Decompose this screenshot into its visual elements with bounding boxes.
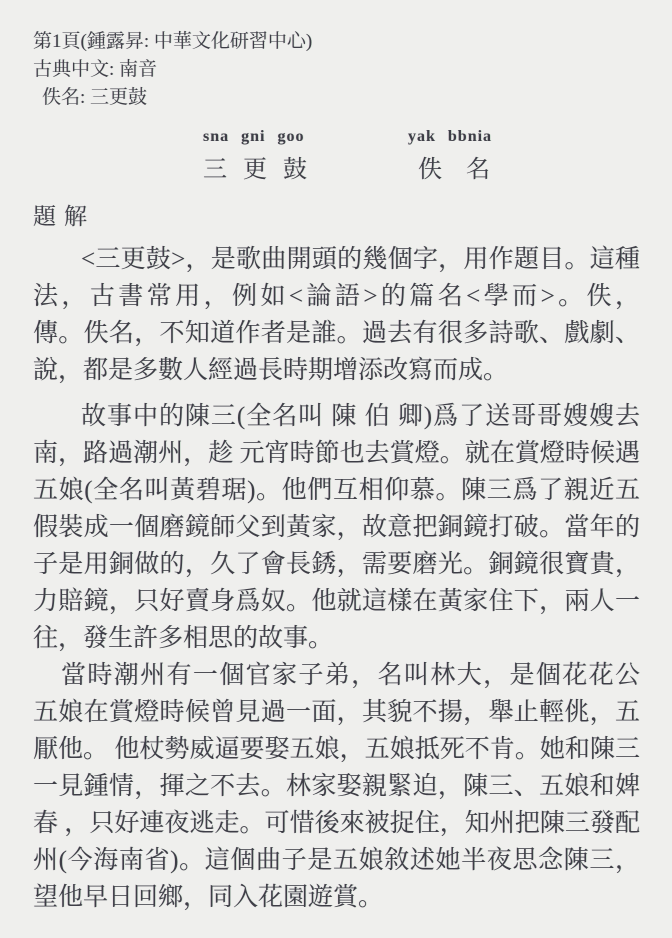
- body-line: <三更鼓>，是歌曲開頭的幾個字，用作題目。這種作: [33, 241, 640, 278]
- body-line: 五娘(全名叫黃碧琚)。他們互相仰慕。陳三爲了親近五娘，: [33, 472, 640, 509]
- body-line: 當時潮州有一個官家子弟，名叫林大，是個花花公子。: [33, 657, 640, 694]
- body-line: 傳。佚名，不知道作者是誰。過去有很多詩歌、戲劇、小: [33, 315, 640, 352]
- document-page: 第1頁(鍾露昇: 中華文化研習中心) 古典中文: 南音 佚名: 三更鼓 sna …: [0, 0, 672, 938]
- body-line: 南，路過潮州，趁 元宵時節也去賞燈。就在賞燈時候遇見: [33, 435, 640, 472]
- page-header: 第1頁(鍾露昇: 中華文化研習中心) 古典中文: 南音 佚名: 三更鼓: [0, 0, 672, 112]
- body-line: 說，都是多數人經過長時期增添改寫而成。: [33, 352, 640, 389]
- title-romanization: sna gni goo: [203, 128, 323, 146]
- body-line: 春 ，只好連夜逃走。可惜後來被捉住，知州把陳三發配崖: [33, 805, 640, 842]
- author-hanzi: 佚名: [408, 149, 514, 184]
- body-line: 一見鍾情，揮之不去。林家娶親緊迫，陳三、五娘和婢女益: [33, 768, 640, 805]
- body-line: 子是用銅做的，久了會長銹，需要磨光。銅鏡很寶貴，他無: [33, 546, 640, 583]
- body-line: 假裝成一個磨鏡師父到黃家，故意把銅鏡打破。當年的鏡: [33, 509, 640, 546]
- body-line: 故事中的陳三(全名叫 陳 伯 卿)爲了送哥哥嫂嫂去廣: [33, 398, 640, 435]
- body-text: <三更鼓>，是歌曲開頭的幾個字，用作題目。這種作法，古書常用，例如<論語>的篇名…: [33, 241, 640, 916]
- body-line: 五娘在賞燈時候曾見過一面，其貌不揚，舉止輕佻，五娘討: [33, 694, 640, 731]
- body-line: 力賠鏡，只好賣身爲奴。他就這樣在黃家住下，兩人一來一: [33, 583, 640, 620]
- title-hanzi: 三更鼓: [203, 149, 323, 184]
- section-heading: 題解: [33, 198, 672, 231]
- title-block: sna gni goo 三更鼓 yak bbnia 佚名: [0, 128, 672, 192]
- body-line: 厭他。 他杖勢威逼要娶五娘，五娘抵死不肯。她和陳三是: [33, 731, 640, 768]
- author-title: yak bbnia 佚名: [408, 128, 514, 184]
- header-line-course: 古典中文: 南音: [33, 56, 672, 84]
- body-line: 望他早日回鄉，同入花園遊賞。: [33, 879, 640, 916]
- header-line-work: 佚名: 三更鼓: [33, 84, 672, 112]
- song-title: sna gni goo 三更鼓: [203, 128, 323, 184]
- paragraph: <三更鼓>，是歌曲開頭的幾個字，用作題目。這種作法，古書常用，例如<論語>的篇名…: [33, 241, 640, 389]
- author-romanization: yak bbnia: [408, 128, 514, 146]
- paragraph: 當時潮州有一個官家子弟，名叫林大，是個花花公子。五娘在賞燈時候曾見過一面，其貌不…: [33, 657, 640, 916]
- paragraph: 故事中的陳三(全名叫 陳 伯 卿)爲了送哥哥嫂嫂去廣南，路過潮州，趁 元宵時節也…: [33, 398, 640, 657]
- body-line: 法，古書常用，例如<論語>的篇名<學而>。佚，同‘逸’，失: [33, 278, 640, 315]
- body-line: 往，發生許多相思的故事。: [33, 620, 640, 657]
- header-line-page-number: 第1頁(鍾露昇: 中華文化研習中心): [33, 28, 672, 56]
- body-line: 州(今海南省)。這個曲子是五娘敘述她半夜思念陳三，希: [33, 842, 640, 879]
